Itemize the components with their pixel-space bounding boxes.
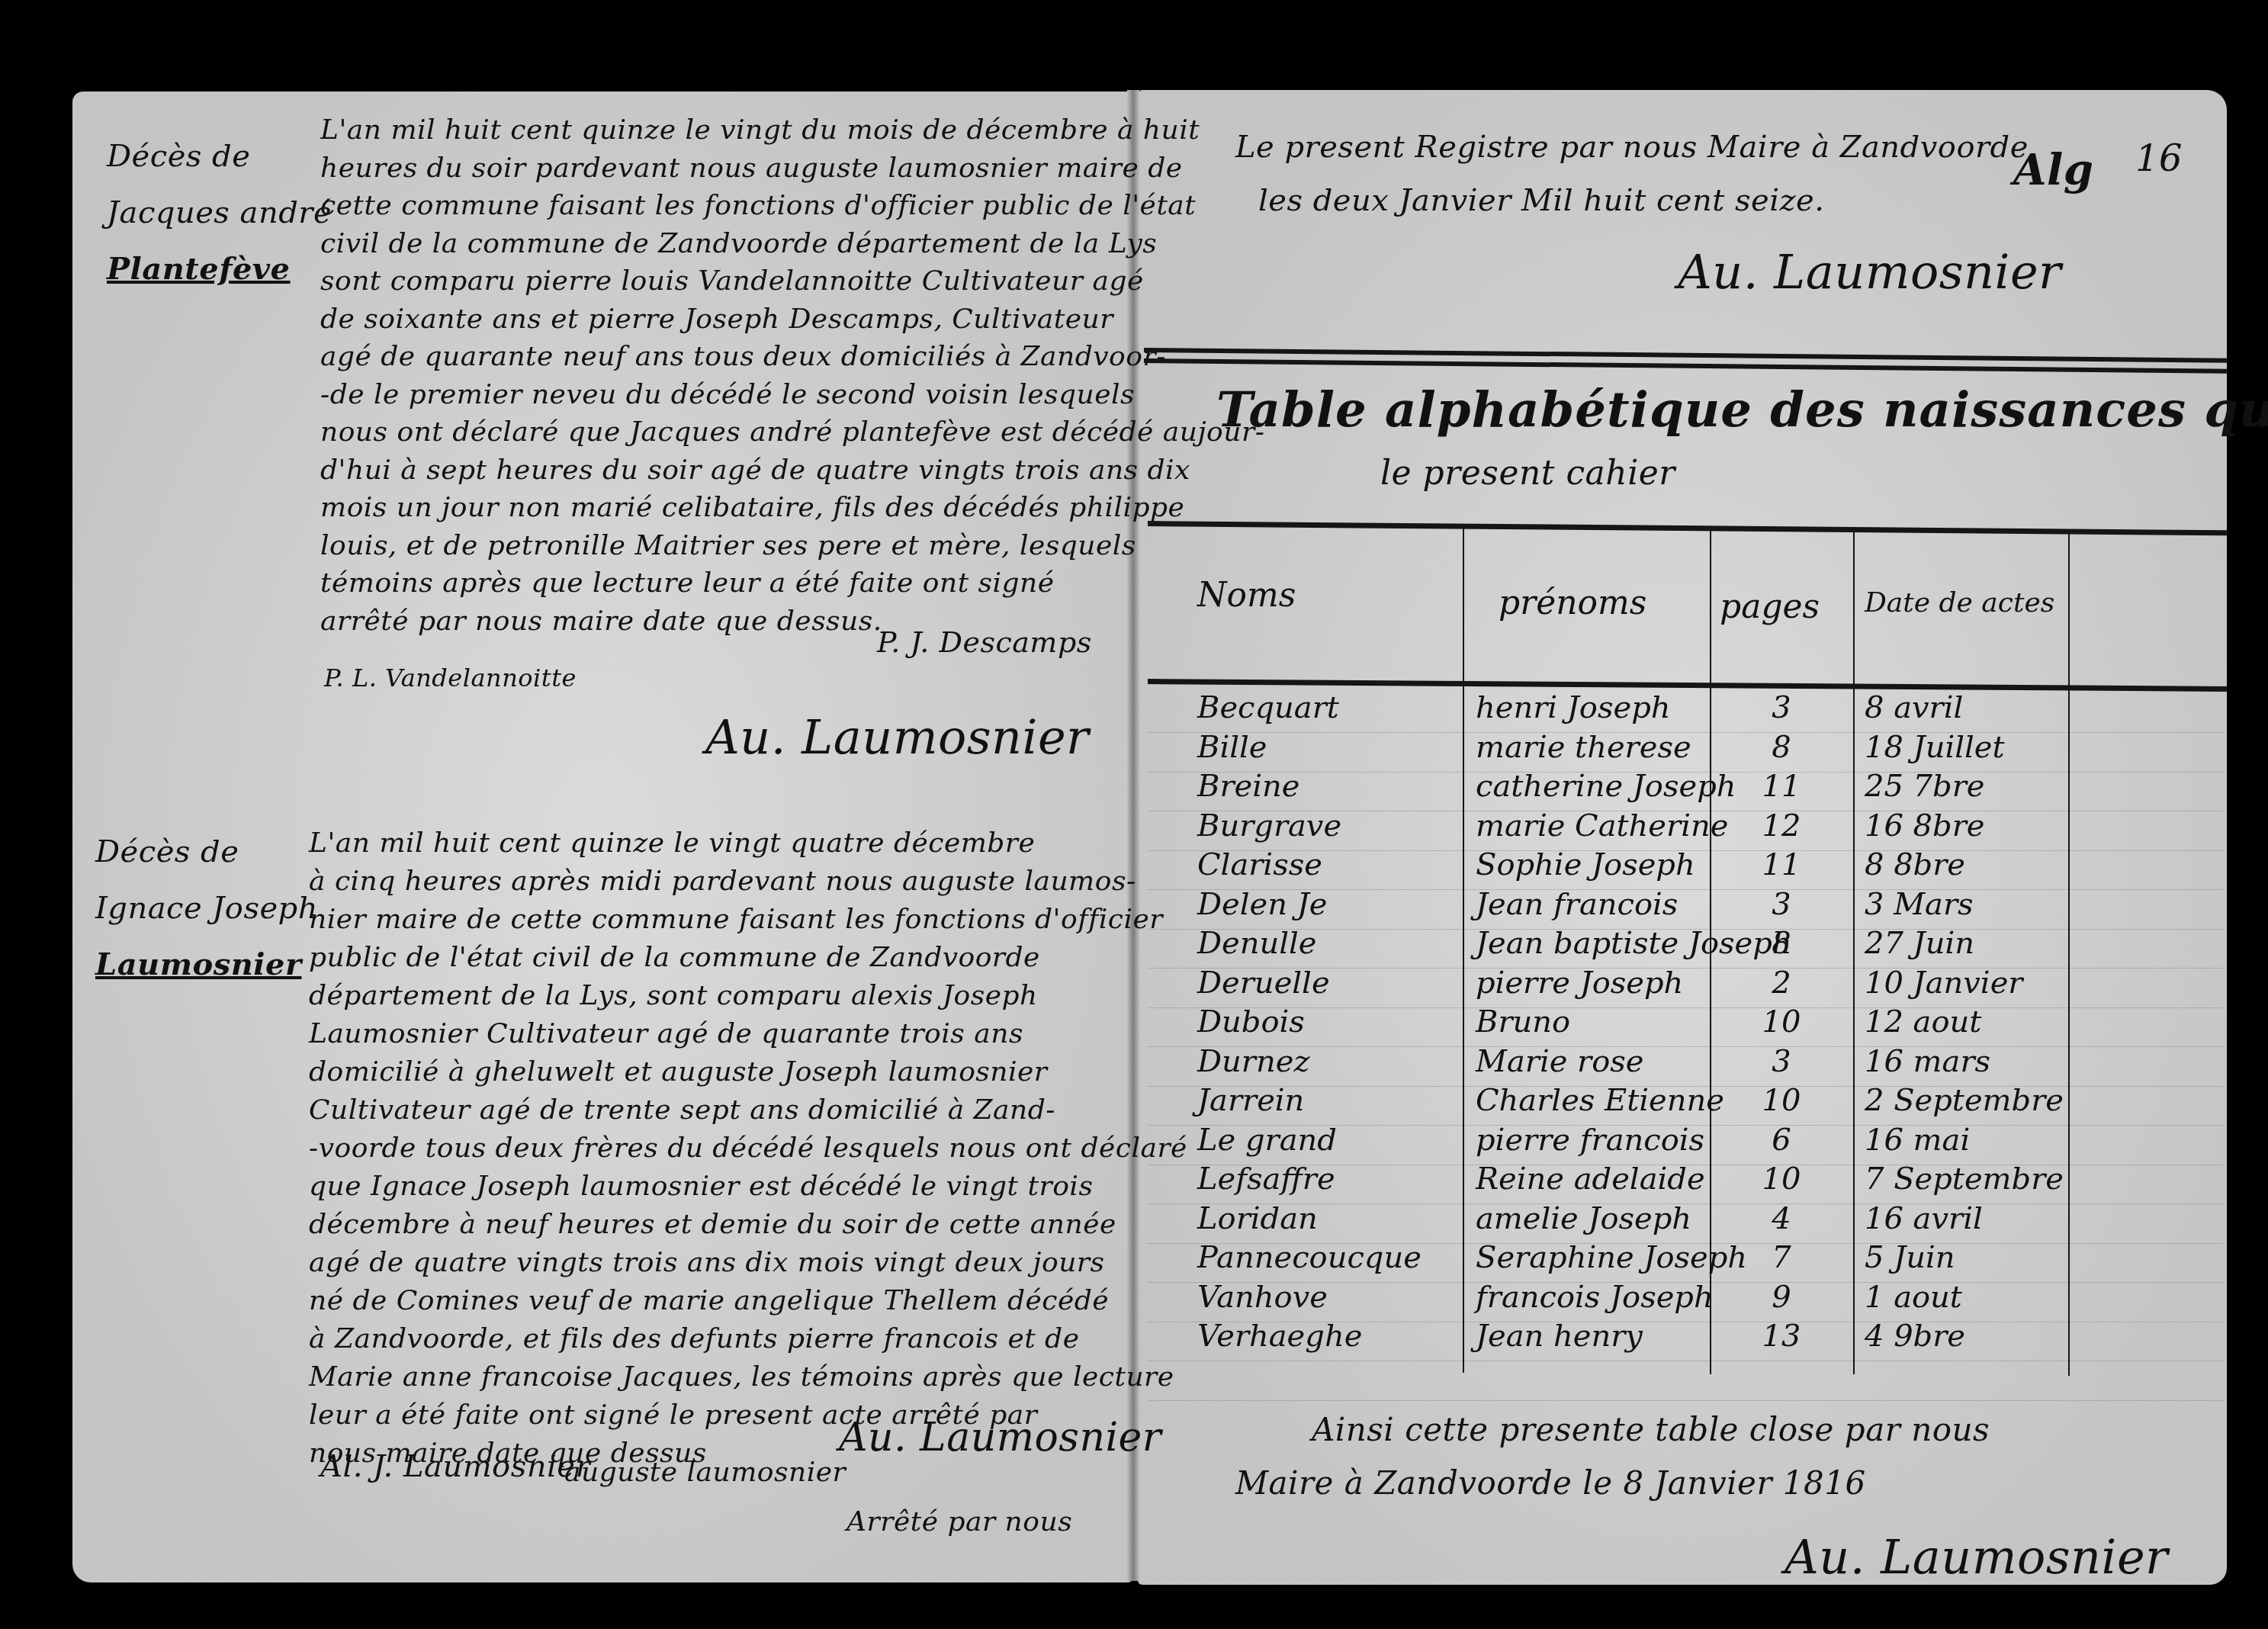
register-closure-line: les deux Janvier Mil huit cent seize. bbox=[1258, 183, 1825, 218]
record-text-line: nous ont déclaré que Jacques andré plant… bbox=[320, 416, 1264, 448]
cell-nom: Pannecoucque bbox=[1197, 1240, 1422, 1275]
cell-nom: Delen Je bbox=[1197, 887, 1327, 922]
mayor-signature: Au. Laumosnier bbox=[1678, 244, 2061, 300]
cell-page: 12 bbox=[1751, 808, 1812, 843]
ruled-line bbox=[1148, 1361, 2223, 1361]
cell-date: 16 8bre bbox=[1865, 808, 1984, 843]
ruled-line bbox=[1148, 1007, 2223, 1008]
column-divider bbox=[1853, 528, 1855, 1374]
cell-date: 16 mars bbox=[1865, 1044, 1990, 1079]
cell-nom: Becquart bbox=[1197, 690, 1339, 725]
cell-date: 12 aout bbox=[1865, 1004, 1981, 1039]
cell-prenoms: pierre francois bbox=[1476, 1123, 1704, 1158]
record-text-line: heures du soir pardevant nous auguste la… bbox=[320, 153, 1183, 184]
cell-prenoms: marie therese bbox=[1476, 730, 1691, 765]
closing-note: Arrêté par nous bbox=[846, 1506, 1072, 1537]
margin-line: Décès de bbox=[107, 128, 332, 185]
cell-prenoms: marie Catherine bbox=[1476, 808, 1728, 843]
cell-date: 4 9bre bbox=[1865, 1319, 1965, 1354]
header-date-actes: Date de actes bbox=[1865, 587, 2054, 619]
paraph-mark: Alg bbox=[2013, 145, 2093, 195]
cell-prenoms: Seraphine Joseph bbox=[1476, 1240, 1747, 1275]
cell-nom: Dubois bbox=[1197, 1004, 1305, 1039]
cell-nom: Le grand bbox=[1197, 1123, 1337, 1158]
cell-page: 3 bbox=[1751, 1044, 1812, 1079]
record-text-line: -de le premier neveu du décédé le second… bbox=[320, 379, 1135, 410]
record-text-line: Laumosnier Cultivateur agé de quarante t… bbox=[309, 1018, 1023, 1049]
cell-date: 7 Septembre bbox=[1865, 1162, 2064, 1197]
cell-page: 3 bbox=[1751, 887, 1812, 922]
cell-prenoms: Jean francois bbox=[1476, 887, 1678, 922]
record-text-line: L'an mil huit cent quinze le vingt du mo… bbox=[320, 114, 1200, 146]
cell-date: 8 avril bbox=[1865, 690, 1963, 725]
entry1-margin-title: Décès de Jacques andré Plantefève bbox=[107, 128, 332, 297]
cell-date: 10 Janvier bbox=[1865, 966, 2022, 1001]
register-closure-line: Le present Registre par nous Maire à Zan… bbox=[1235, 130, 2029, 165]
table-subtitle: le present cahier bbox=[1380, 454, 1675, 493]
cell-page: 6 bbox=[1751, 1123, 1812, 1158]
record-text-line: agé de quatre vingts trois ans dix mois … bbox=[309, 1247, 1105, 1278]
record-text-line: département de la Lys, sont comparu alex… bbox=[309, 980, 1038, 1011]
cell-date: 3 Mars bbox=[1865, 887, 1974, 922]
mayor-signature: Au. Laumosnier bbox=[705, 709, 1089, 765]
cell-date: 1 aout bbox=[1865, 1280, 1962, 1315]
cell-prenoms: catherine Joseph bbox=[1476, 769, 1736, 804]
cell-prenoms: amelie Joseph bbox=[1476, 1201, 1691, 1236]
cell-date: 8 8bre bbox=[1865, 847, 1965, 882]
cell-nom: Vanhove bbox=[1197, 1280, 1328, 1315]
cell-prenoms: Sophie Joseph bbox=[1476, 847, 1695, 882]
record-text-line: à Zandvoorde, et fils des defunts pierre… bbox=[309, 1323, 1079, 1354]
cell-page: 13 bbox=[1751, 1319, 1812, 1354]
record-text-line: décembre à neuf heures et demie du soir … bbox=[309, 1209, 1116, 1240]
table-closing-line: Maire à Zandvoorde le 8 Janvier 1816 bbox=[1235, 1464, 1866, 1502]
cell-page: 11 bbox=[1751, 847, 1812, 882]
margin-line: Plantefève bbox=[107, 241, 332, 297]
header-pages: pages bbox=[1720, 587, 1820, 626]
record-text-line: d'hui à sept heures du soir agé de quatr… bbox=[320, 455, 1190, 486]
witness-signature: P. L. Vandelannoitte bbox=[324, 663, 577, 692]
margin-line: Décès de bbox=[95, 824, 318, 880]
record-text-line: Cultivateur agé de trente sept ans domic… bbox=[309, 1094, 1055, 1126]
cell-nom: Breine bbox=[1197, 769, 1299, 804]
cell-page: 10 bbox=[1751, 1162, 1812, 1197]
cell-page: 10 bbox=[1751, 1083, 1812, 1118]
cell-page: 8 bbox=[1751, 926, 1812, 961]
cell-date: 16 mai bbox=[1865, 1123, 1970, 1158]
record-text-line: Marie anne francoise Jacques, les témoin… bbox=[309, 1361, 1174, 1393]
cell-prenoms: Bruno bbox=[1476, 1004, 1570, 1039]
record-text-line: que Ignace Joseph laumosnier est décédé … bbox=[309, 1171, 1093, 1202]
record-text-line: louis, et de petronille Maitrier ses per… bbox=[320, 530, 1136, 561]
cell-date: 27 Juin bbox=[1865, 926, 1974, 961]
cell-nom: Verhaeghe bbox=[1197, 1319, 1362, 1354]
cell-prenoms: Jean baptiste Joseph bbox=[1476, 926, 1792, 961]
cell-date: 2 Septembre bbox=[1865, 1083, 2064, 1118]
record-text-line: né de Comines veuf de marie angelique Th… bbox=[309, 1285, 1109, 1316]
record-text-line: à cinq heures après midi pardevant nous … bbox=[309, 866, 1136, 897]
cell-prenoms: Jean henry bbox=[1476, 1319, 1643, 1354]
cell-prenoms: Reine adelaide bbox=[1476, 1162, 1705, 1197]
cell-nom: Bille bbox=[1197, 730, 1267, 765]
cell-nom: Durnez bbox=[1197, 1044, 1309, 1079]
cell-nom: Clarisse bbox=[1197, 847, 1322, 882]
cell-prenoms: francois Joseph bbox=[1476, 1280, 1714, 1315]
cell-date: 16 avril bbox=[1865, 1201, 1983, 1236]
record-text-line: mois un jour non marié celibataire, fils… bbox=[320, 492, 1184, 523]
record-text-line: L'an mil huit cent quinze le vingt quatr… bbox=[309, 827, 1035, 859]
record-text-line: -voorde tous deux frères du décédé lesqu… bbox=[309, 1133, 1187, 1164]
cell-prenoms: henri Joseph bbox=[1476, 690, 1671, 725]
cell-page: 10 bbox=[1751, 1004, 1812, 1039]
record-text-line: public de l'état civil de la commune de … bbox=[309, 942, 1040, 973]
record-text-line: arrêté par nous maire date que dessus. bbox=[320, 606, 882, 637]
cell-nom: Lefsaffre bbox=[1197, 1162, 1335, 1197]
cell-nom: Denulle bbox=[1197, 926, 1317, 961]
cell-date: 18 Juillet bbox=[1865, 730, 2005, 765]
record-text-line: sont comparu pierre louis Vandelannoitte… bbox=[320, 265, 1144, 297]
cell-nom: Burgrave bbox=[1197, 808, 1341, 843]
margin-line: Laumosnier bbox=[95, 937, 318, 993]
cell-page: 4 bbox=[1751, 1201, 1812, 1236]
entry2-margin-title: Décès de Ignace Joseph Laumosnier bbox=[95, 824, 318, 993]
record-text-line: domicilié à gheluwelt et auguste Joseph … bbox=[309, 1056, 1048, 1088]
cell-prenoms: pierre Joseph bbox=[1476, 966, 1683, 1001]
cell-nom: Deruelle bbox=[1197, 966, 1330, 1001]
cell-page: 7 bbox=[1751, 1240, 1812, 1275]
witness-signature: P. J. Descamps bbox=[877, 625, 1092, 659]
ruled-line bbox=[1148, 1400, 2223, 1401]
column-divider bbox=[1463, 526, 1464, 1373]
cell-page: 11 bbox=[1751, 769, 1812, 804]
cell-nom: Jarrein bbox=[1197, 1083, 1304, 1118]
page-number: 16 bbox=[2135, 137, 2183, 180]
cell-page: 9 bbox=[1751, 1280, 1812, 1315]
header-prenoms: prénoms bbox=[1499, 583, 1646, 622]
cell-date: 5 Juin bbox=[1865, 1240, 1955, 1275]
record-text-line: témoins après que lecture leur a été fai… bbox=[320, 567, 1055, 599]
cell-page: 3 bbox=[1751, 690, 1812, 725]
margin-line: Jacques andré bbox=[107, 185, 332, 241]
table-title: Table alphabétique des naissances que re… bbox=[1216, 381, 2268, 439]
cell-prenoms: Marie rose bbox=[1476, 1044, 1644, 1079]
cell-page: 8 bbox=[1751, 730, 1812, 765]
book-spine bbox=[1127, 90, 1139, 1581]
record-text-line: civil de la commune de Zandvoorde départ… bbox=[320, 228, 1157, 259]
record-text-line: cette commune faisant les fonctions d'of… bbox=[320, 190, 1196, 221]
cell-prenoms: Charles Etienne bbox=[1476, 1083, 1724, 1118]
header-noms: Noms bbox=[1197, 576, 1296, 615]
record-text-line: nier maire de cette commune faisant les … bbox=[309, 904, 1163, 935]
cell-date: 25 7bre bbox=[1865, 769, 1984, 804]
witness-signature: auguste laumosnier bbox=[564, 1457, 846, 1488]
mayor-signature: Au. Laumosnier bbox=[839, 1415, 1161, 1460]
cell-nom: Loridan bbox=[1197, 1201, 1318, 1236]
record-text-line: de soixante ans et pierre Joseph Descamp… bbox=[320, 304, 1113, 335]
witness-signature: Al. J. Laumosnier bbox=[320, 1449, 590, 1484]
mayor-signature: Au. Laumosnier bbox=[1785, 1529, 2168, 1585]
margin-line: Ignace Joseph bbox=[95, 880, 318, 937]
cell-page: 2 bbox=[1751, 966, 1812, 1001]
column-divider bbox=[2068, 529, 2070, 1376]
table-closing-line: Ainsi cette presente table close par nou… bbox=[1312, 1411, 1990, 1448]
record-text-line: agé de quarante neuf ans tous deux domic… bbox=[320, 341, 1166, 372]
